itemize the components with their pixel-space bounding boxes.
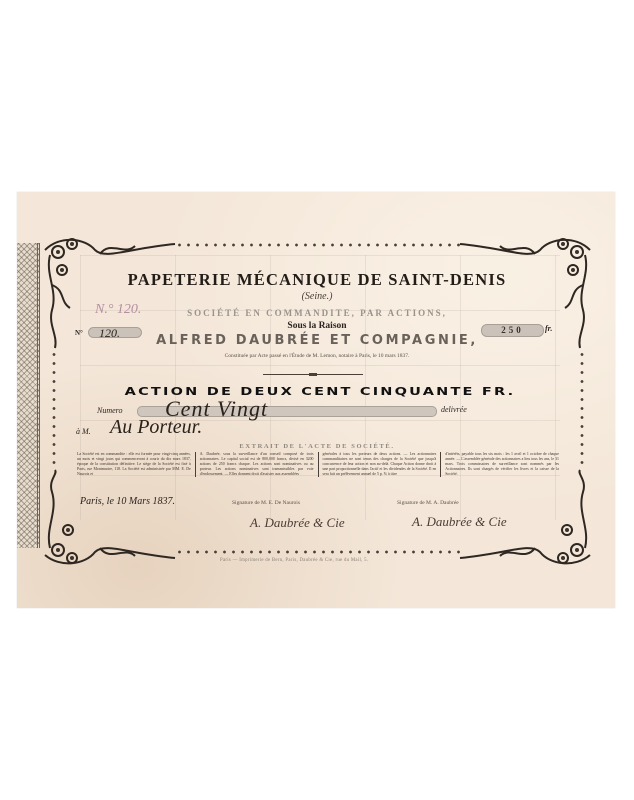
signature-1: A. Daubrée & Cie (250, 515, 345, 531)
signature-label-2: Signature de M. A. Daubrée (397, 500, 459, 506)
extract-heading: EXTRAIT DE L'ACTE DE SOCIÉTÉ. (60, 443, 574, 450)
stub-number: N.° 120. (95, 302, 141, 318)
left-chain-border (52, 350, 56, 470)
extract-column: générales à tous les porteurs de deux ac… (318, 452, 441, 477)
currency: fr. (545, 324, 552, 333)
holder-label: à M. (76, 427, 91, 436)
numero-label: Numero (97, 406, 122, 415)
delivree-label: delivrée (441, 405, 467, 414)
nominal-value: 250 (481, 324, 544, 337)
top-chain-border (175, 243, 460, 247)
bottom-left-ornament-icon (40, 470, 180, 570)
number-value: 120. (88, 327, 142, 338)
extract-column: La Société est en commandite : elle est … (73, 452, 195, 477)
constitution-note: Constituée par Acte passé en l'Étude de … (60, 353, 574, 359)
signature-label-1: Signature de M. E. De Naurois (232, 500, 300, 506)
bottom-chain-border (175, 550, 460, 554)
action-heading: ACTION DE DEUX CENT CINQUANTE FR. (70, 386, 570, 398)
right-chain-border (580, 350, 584, 470)
number-label: N° (75, 329, 83, 337)
holder-value: Au Porteur. (110, 416, 202, 439)
signature-2: A. Daubrée & Cie (412, 514, 507, 530)
date-line: Paris, le 10 Mars 1837. (80, 496, 175, 507)
company-title: PAPETERIE MÉCANIQUE DE SAINT-DENIS (60, 270, 574, 290)
extract-columns: La Société est en commandite : elle est … (73, 452, 563, 477)
printer-imprint: Paris — Imprimerie de Bern, Paris, Daubr… (220, 558, 368, 563)
department: (Seine.) (60, 291, 574, 302)
decorative-rule (263, 374, 363, 375)
certificate-stub-guilloche (17, 243, 40, 548)
extract-column: d'intérêts, payable tous les six mois : … (440, 452, 563, 477)
extract-column: A. Daubrée, sous la surveillance d'un co… (195, 452, 318, 477)
